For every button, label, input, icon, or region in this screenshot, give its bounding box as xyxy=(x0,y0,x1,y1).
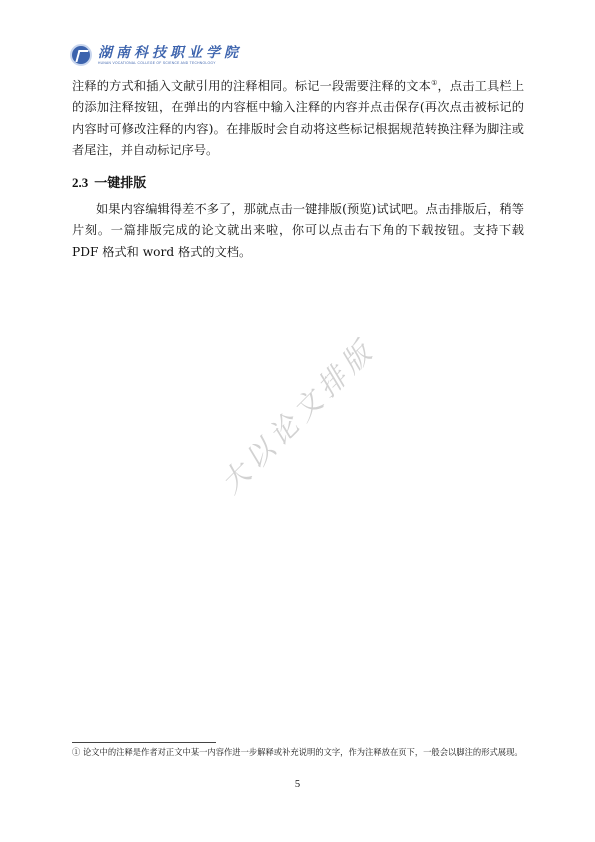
section-title: 一键排版 xyxy=(94,175,146,190)
paragraph-annotations: 注释的方式和插入文献引用的注释相同。标记一段需要注释的文本①，点击工具栏上的添加… xyxy=(72,73,524,161)
page-header: 湖南科技职业学院 HUNAN VOCATIONAL COLLEGE OF SCI… xyxy=(70,40,242,70)
page-number: 5 xyxy=(0,779,595,790)
footnote-marker: ① xyxy=(72,747,80,757)
footnote: ① 论文中的注释是作者对正文中某一内容作进一步解释或补充说明的文字，作为注释放在… xyxy=(72,746,524,759)
college-logo: 湖南科技职业学院 HUNAN VOCATIONAL COLLEGE OF SCI… xyxy=(98,45,242,66)
college-emblem-icon xyxy=(70,44,92,66)
paragraph-one-click-layout: 如果内容编辑得差不多了，那就点击一键排版(预览)试试吧。点击排版后，稍等片刻。一… xyxy=(72,199,524,263)
section-heading: 2.3一键排版 xyxy=(72,172,146,191)
footnote-text: 论文中的注释是作者对正文中某一内容作进一步解释或补充说明的文字，作为注释放在页下… xyxy=(83,747,523,757)
section-number: 2.3 xyxy=(72,175,88,190)
watermark: 大以论文排版 xyxy=(211,329,384,502)
college-name-cn: 湖南科技职业学院 xyxy=(98,45,242,61)
paragraph-text: 注释的方式和插入文献引用的注释相同。标记一段需要注释的文本 xyxy=(72,79,431,93)
footnote-separator xyxy=(72,742,216,743)
college-name-en: HUNAN VOCATIONAL COLLEGE OF SCIENCE AND … xyxy=(98,61,242,66)
